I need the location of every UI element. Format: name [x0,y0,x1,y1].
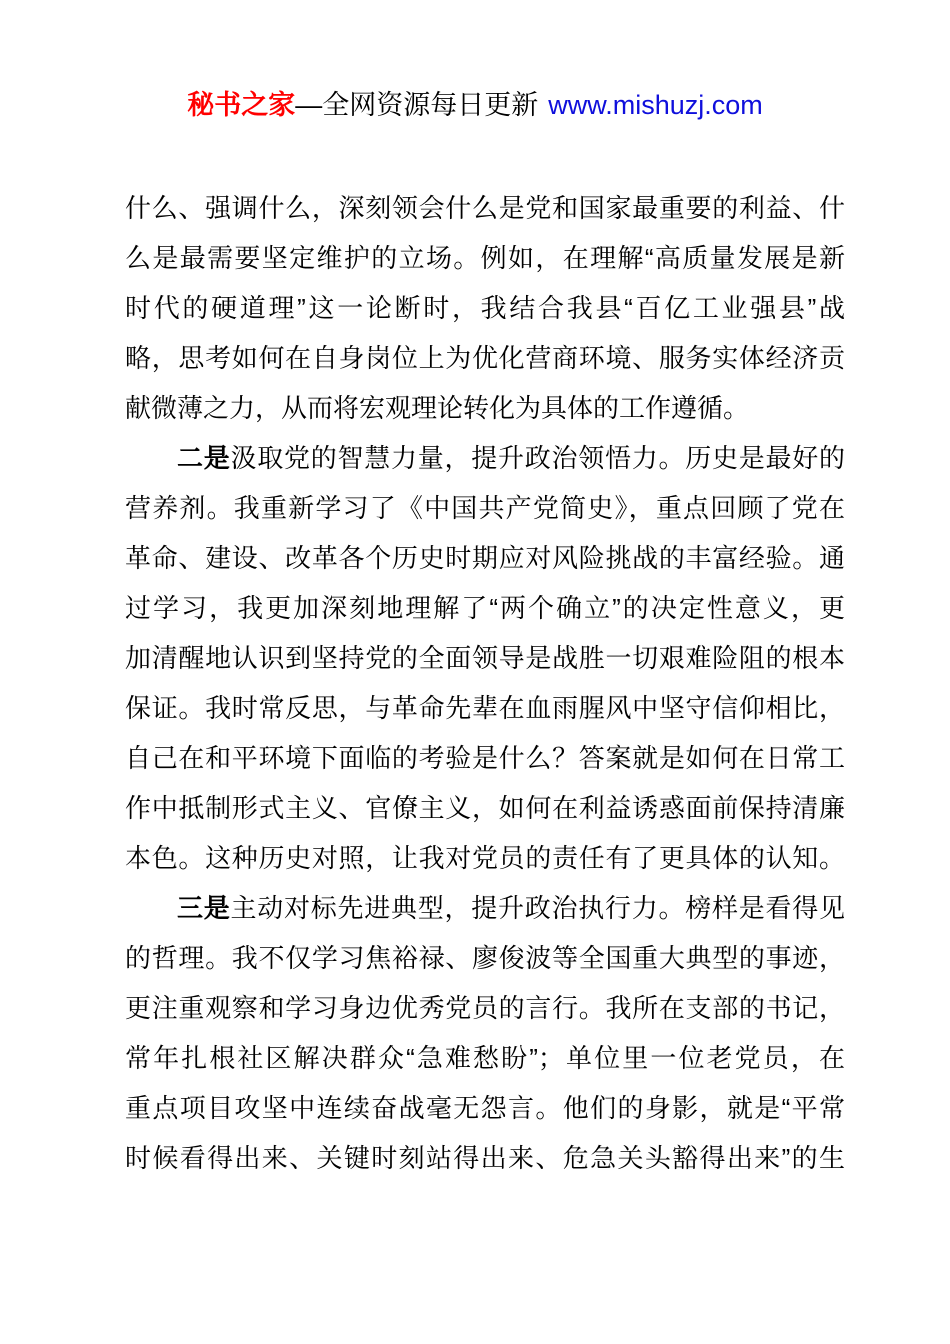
text-line: 献微薄之力，从而将宏观理论转化为具体的工作遵循。 [125,383,845,433]
text-line: 更注重观察和学习身边优秀党员的言行。我所在支部的书记， [125,983,845,1033]
text-line: 什么、强调什么，深刻领会什么是党和国家最重要的利益、什 [125,183,845,233]
site-header: 秘书之家—全网资源每日更新www.mishuzj.com [0,88,950,122]
text-line: 加清醒地认识到坚持党的全面领导是战胜一切艰难险阻的根本 [125,633,845,683]
text-line: 保证。我时常反思，与革命先辈在血雨腥风中坚守信仰相比， [125,683,845,733]
text-line: 重点项目攻坚中连续奋战毫无怨言。他们的身影，就是“平常 [125,1083,845,1133]
text-line: 的哲理。我不仅学习焦裕禄、廖俊波等全国重大典型的事迹， [125,933,845,983]
text-line: 革命、建设、改革各个历史时期应对风险挑战的丰富经验。通 [125,533,845,583]
text-line: 自己在和平环境下面临的考验是什么？答案就是如何在日常工 [125,733,845,783]
text-line: 过学习，我更加深刻地理解了“两个确立”的决定性意义，更 [125,583,845,633]
text-line: 本色。这种历史对照，让我对党员的责任有了更具体的认知。 [125,833,845,883]
document-page: 秘书之家—全网资源每日更新www.mishuzj.com 什么、强调什么，深刻领… [0,0,950,1344]
paragraph-lead-label: 二是 [177,443,231,473]
site-brand: 秘书之家 [187,90,295,120]
paragraph-lead-label: 三是 [177,893,231,923]
site-url-link[interactable]: www.mishuzj.com [548,90,763,120]
text-line: 二是汲取党的智慧力量，提升政治领悟力。历史是最好的 [125,433,845,483]
site-tagline: —全网资源每日更新 [295,90,538,120]
text-line: 营养剂。我重新学习了《中国共产党简史》，重点回顾了党在 [125,483,845,533]
text-line: 么是最需要坚定维护的立场。例如，在理解“高质量发展是新 [125,233,845,283]
text-line: 时候看得出来、关键时刻站得出来、危急关头豁得出来”的生 [125,1133,845,1183]
document-body: 什么、强调什么，深刻领会什么是党和国家最重要的利益、什么是最需要坚定维护的立场。… [125,183,845,1183]
text-line: 常年扎根社区解决群众“急难愁盼”；单位里一位老党员，在 [125,1033,845,1083]
text-line: 略，思考如何在自身岗位上为优化营商环境、服务实体经济贡 [125,333,845,383]
text-line: 时代的硬道理”这一论断时，我结合我县“百亿工业强县”战 [125,283,845,333]
text-line: 作中抵制形式主义、官僚主义，如何在利益诱惑面前保持清廉 [125,783,845,833]
text-line: 三是主动对标先进典型，提升政治执行力。榜样是看得见 [125,883,845,933]
